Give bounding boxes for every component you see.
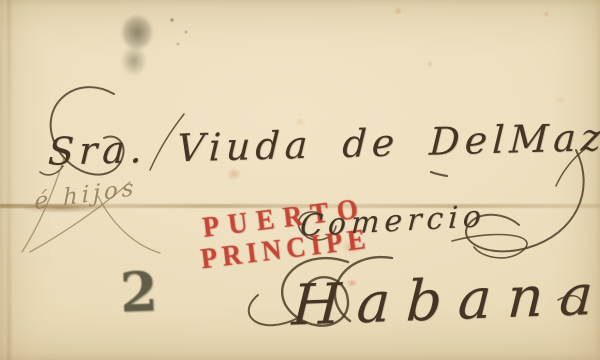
postal-cover-photo: Sra. Viuda de DelMazo é hijos PUERTO PRI… <box>0 0 600 360</box>
cover-paper: Sra. Viuda de DelMazo é hijos PUERTO PRI… <box>0 0 600 360</box>
vertical-fold <box>7 0 11 360</box>
destination-habana: Habana <box>290 262 600 338</box>
address-line2: é hijos <box>35 175 138 216</box>
ink-smudge <box>110 12 162 80</box>
address-line1: Sra. Viuda de DelMazo <box>47 114 600 173</box>
rate-marking: 2 <box>119 259 159 324</box>
